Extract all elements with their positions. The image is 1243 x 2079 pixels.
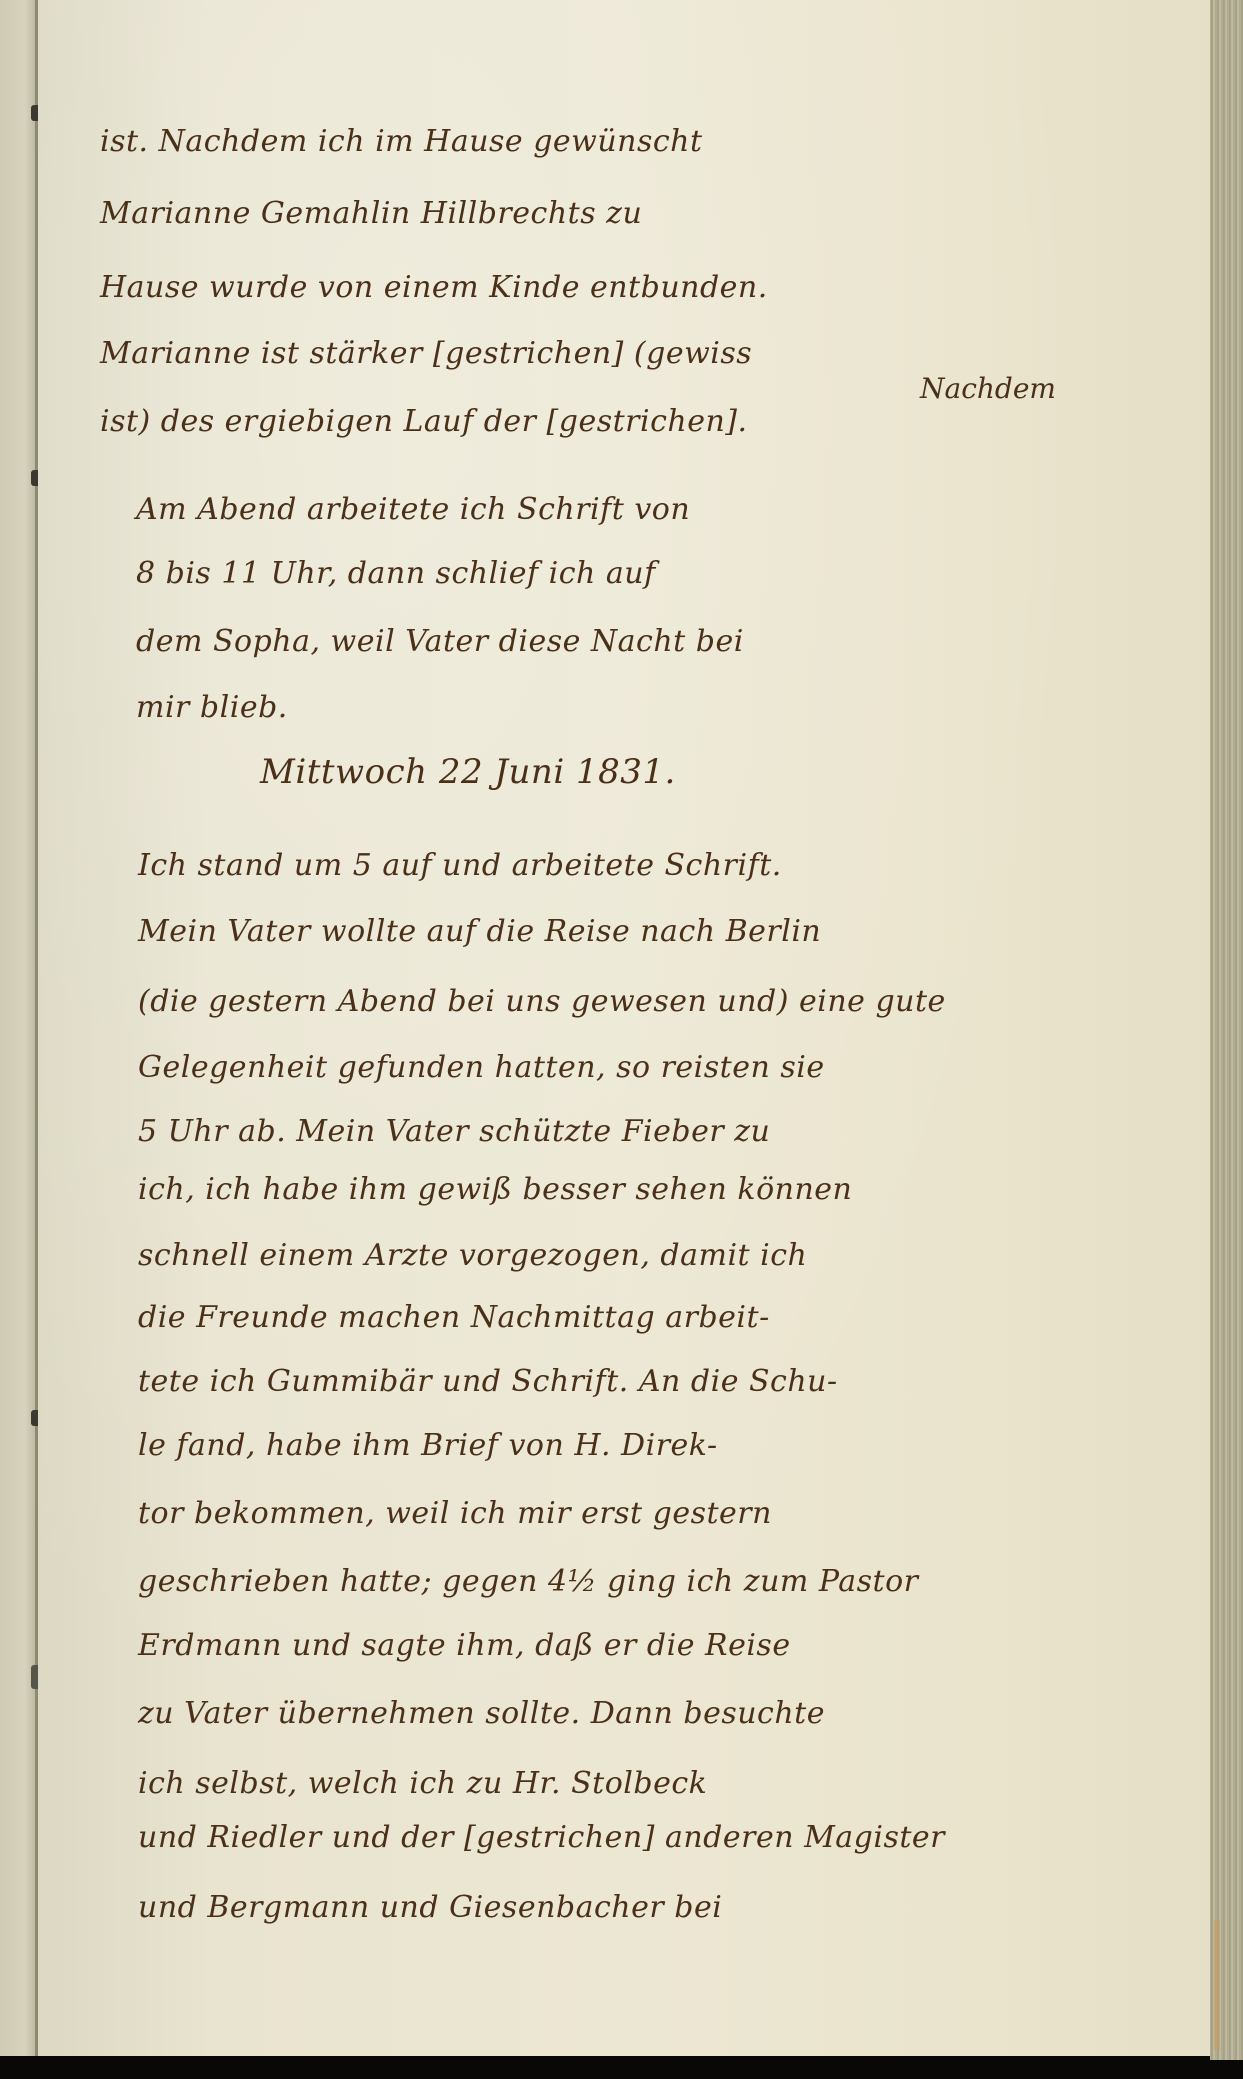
margin-note: Nachdem (920, 372, 1056, 405)
text-line: Mein Vater wollte auf die Reise nach Ber… (138, 914, 821, 949)
text-line: Hause wurde von einem Kinde entbunden. (100, 270, 768, 305)
text-line: Erdmann und sagte ihm, daß er die Reise (138, 1628, 791, 1663)
facing-page-edge (0, 0, 36, 2056)
page-edge-stain (1214, 1920, 1220, 2050)
text-line: 5 Uhr ab. Mein Vater schützte Fieber zu (138, 1114, 770, 1149)
text-line: (die gestern Abend bei uns gewesen und) … (138, 984, 946, 1019)
text-line: Marianne Gemahlin Hillbrechts zu (100, 196, 642, 231)
text-line: ist. Nachdem ich im Hause gewünscht (100, 124, 703, 159)
text-line: tor bekommen, weil ich mir erst gestern (138, 1496, 772, 1531)
text-line: schnell einem Arzte vorgezogen, damit ic… (138, 1238, 807, 1273)
text-line: Marianne ist stärker [gestrichen] (gewis… (100, 336, 752, 371)
manuscript-page: ist. Nachdem ich im Hause gewünscht Mari… (38, 0, 1210, 2056)
text-line: und Riedler und der [gestrichen] anderen… (138, 1820, 945, 1855)
manuscript-scan: ist. Nachdem ich im Hause gewünscht Mari… (0, 0, 1243, 2056)
text-line: zu Vater übernehmen sollte. Dann besucht… (138, 1696, 825, 1731)
text-line: ich, ich habe ihm gewiß besser sehen kön… (138, 1172, 852, 1207)
text-line: Gelegenheit gefunden hatten, so reisten … (138, 1050, 825, 1085)
text-line: und Bergmann und Giesenbacher bei (138, 1890, 722, 1925)
text-line: tete ich Gummibär und Schrift. An die Sc… (138, 1364, 838, 1399)
text-line: Ich stand um 5 auf und arbeitete Schrift… (138, 848, 782, 883)
page-stack-edge (1210, 0, 1243, 2060)
text-line: 8 bis 11 Uhr, dann schlief ich auf (136, 556, 656, 591)
text-line: Am Abend arbeitete ich Schrift von (136, 492, 690, 527)
entry-date-heading: Mittwoch 22 Juni 1831. (260, 752, 676, 792)
text-line: die Freunde machen Nachmittag arbeit- (138, 1300, 770, 1335)
text-line: le fand, habe ihm Brief von H. Direk- (138, 1428, 718, 1463)
text-line: ist) des ergiebigen Lauf der [gestrichen… (100, 404, 748, 439)
text-line: mir blieb. (136, 690, 288, 725)
text-line: ich selbst, welch ich zu Hr. Stolbeck (138, 1766, 707, 1801)
text-line: dem Sopha, weil Vater diese Nacht bei (136, 624, 744, 659)
text-line: geschrieben hatte; gegen 4½ ging ich zum… (138, 1564, 918, 1599)
